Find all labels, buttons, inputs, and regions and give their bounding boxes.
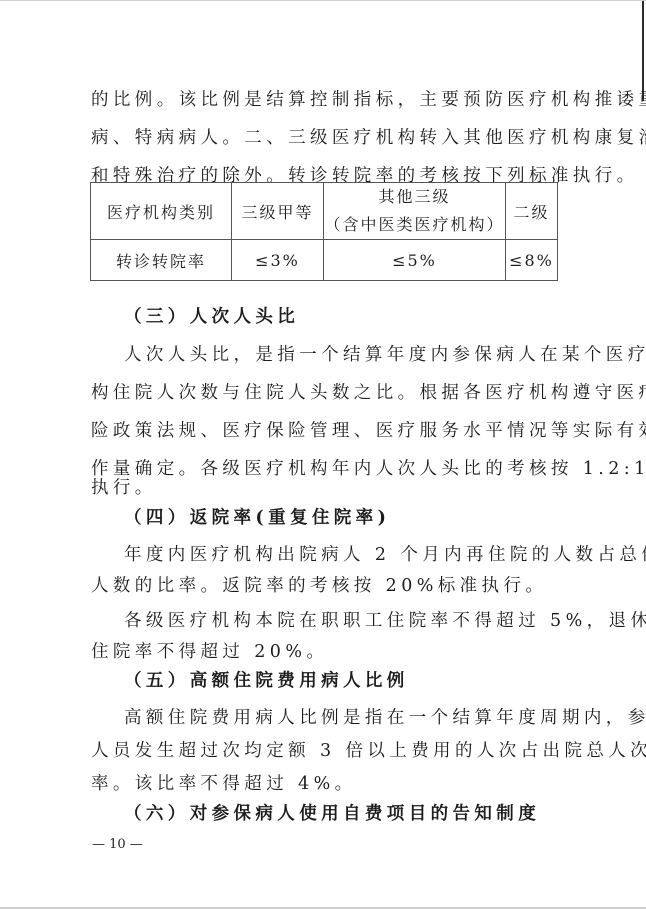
paragraph-line: 的比例。该比例是结算控制指标，主要预防医疗机构推诿重 (91, 90, 646, 110)
table-row: 转诊转院率 ≤3% ≤5% ≤8% (91, 240, 558, 281)
header-line: 其他三级 (324, 183, 505, 211)
paragraph-line: 率。该比率不得超过 4%。 (91, 774, 357, 794)
table-cell: ≤8% (506, 240, 558, 281)
paragraph-line: 人员发生超过次均定额 3 倍以上费用的人次占出院总人次的比 (91, 741, 646, 761)
section-heading: （六）对参保病人使用自费项目的告知制度 (124, 804, 540, 824)
header-line-sub: （含中医类医疗机构） (324, 211, 505, 239)
paragraph-line: 住院率不得超过 20%。 (91, 642, 328, 662)
paragraph-line: 执行。 (91, 478, 157, 498)
document-page: 的比例。该比例是结算控制指标，主要预防医疗机构推诿重 病、特病病人。二、三级医疗… (0, 0, 646, 909)
table-header-row: 医疗机构类别 三级甲等 其他三级 （含中医类医疗机构） 二级 (91, 183, 558, 240)
paragraph-line: 险政策法规、医疗保险管理、医疗服务水平情况等实际有效工 (91, 421, 646, 441)
paragraph-line: 高额住院费用病人比例是指在一个结算年度周期内，参保 (124, 708, 646, 728)
section-heading: （四）返院率(重复住院率) (124, 508, 390, 528)
paragraph-line: 构住院人次数与住院人头数之比。根据各医疗机构遵守医疗保 (91, 383, 646, 403)
paragraph-line: 作量确定。各级医疗机构年内人次人头比的考核按 1.2:1 标准 (91, 459, 646, 479)
table-cell: ≤3% (232, 240, 324, 281)
paragraph-line: 病、特病病人。二、三级医疗机构转入其他医疗机构康复治疗 (91, 128, 646, 148)
paragraph-line: 各级医疗机构本院在职职工住院率不得超过 5%，退休职工 (124, 611, 646, 631)
table-header-cell: 医疗机构类别 (91, 183, 232, 240)
page-number: — 10 — (92, 837, 143, 852)
paragraph-line: 人数的比率。返院率的考核按 20%标准执行。 (91, 576, 547, 596)
table-header-cell: 其他三级 （含中医类医疗机构） (324, 183, 506, 240)
paragraph-line: 人次人头比，是指一个结算年度内参保病人在某个医疗机 (124, 345, 646, 365)
referral-rate-table: 医疗机构类别 三级甲等 其他三级 （含中医类医疗机构） 二级 转诊转院率 ≤3%… (90, 182, 558, 281)
table-header-cell: 三级甲等 (232, 183, 324, 240)
paragraph-line: 年度内医疗机构出院病人 2 个月内再住院的人数占总住院 (124, 545, 646, 565)
table-cell: 转诊转院率 (91, 240, 232, 281)
table-cell: ≤5% (324, 240, 506, 281)
table-header-cell: 二级 (506, 183, 558, 240)
scan-edge (642, 1, 644, 101)
section-heading: （五）高额住院费用病人比例 (124, 671, 409, 691)
section-heading: （三）人次人头比 (124, 307, 299, 327)
